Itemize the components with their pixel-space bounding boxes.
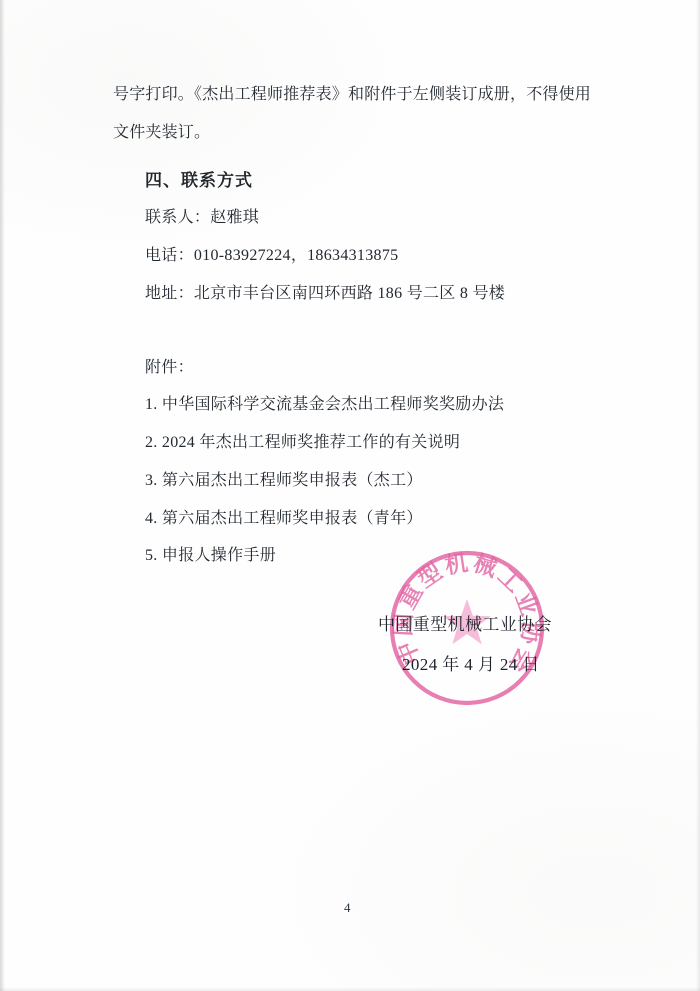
- paragraph-line-1: 号字打印。《杰出工程师推荐表》和附件于左侧装订成册，不得使用: [113, 84, 591, 106]
- attachment-item-4: 4. 第六届杰出工程师奖申报表（青年）: [145, 505, 423, 528]
- paragraph-line-2: 文件夹装订。: [113, 122, 210, 144]
- scan-edge-left: [0, 0, 5, 991]
- scan-edge-right: [696, 0, 700, 991]
- attachment-item-2: 2. 2024 年杰出工程师奖推荐工作的有关说明: [145, 429, 460, 452]
- contact-person-line: 联系人：赵雅琪: [145, 204, 259, 227]
- signature-date: 2024 年 4 月 24 日: [402, 650, 540, 675]
- attachments-label: 附件：: [145, 354, 194, 377]
- scanned-document-page: 号字打印。《杰出工程师推荐表》和附件于左侧装订成册，不得使用 文件夹装订。 四、…: [0, 0, 700, 991]
- contact-address-line: 地址：北京市丰台区南四环西路 186 号二区 8 号楼: [145, 280, 505, 303]
- attachment-item-3: 3. 第六届杰出工程师奖申报表（杰工）: [145, 467, 423, 490]
- signature-organization: 中国重型机械工业协会: [378, 610, 552, 635]
- attachment-item-1: 1. 中华国际科学交流基金会杰出工程师奖奖励办法: [145, 391, 504, 414]
- contact-phone-line: 电话：010-83927224，18634313875: [145, 242, 398, 265]
- section-heading-contact: 四、联系方式: [145, 166, 253, 191]
- scan-texture: [0, 0, 700, 991]
- scan-edge-bottom: [0, 987, 700, 991]
- page-number: 4: [344, 900, 351, 916]
- attachment-item-5: 5. 申报人操作手册: [145, 542, 276, 565]
